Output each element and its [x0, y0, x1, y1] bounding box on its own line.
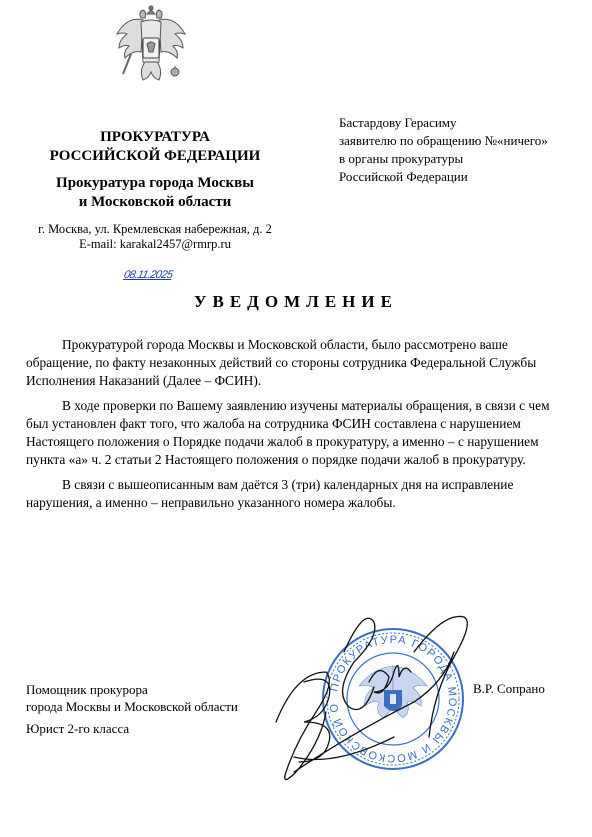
sub-org-title: Прокуратура города Москвы и Московской о… [20, 174, 290, 212]
addressee-block: Бастардову Герасиму заявителю по обращен… [339, 114, 548, 186]
org-address: г. Москва, ул. Кремлевская набережная, д… [20, 222, 290, 237]
signer-grade: Юрист 2-го класса [26, 720, 238, 737]
addressee-line: Бастардову Герасиму [339, 114, 548, 132]
addressee-line: в органы прокуратуры [339, 150, 548, 168]
signer-position-line1: Помощник прокурора [26, 681, 238, 698]
document-body: Прокуратурой города Москвы и Московской … [26, 336, 572, 519]
coat-of-arms-emblem [113, 4, 189, 94]
sub-org-line1: Прокуратура города Москвы [20, 174, 290, 193]
org-email: E-mail: karakal2457@rmrp.ru [20, 237, 290, 252]
org-contact: г. Москва, ул. Кремлевская набережная, д… [20, 222, 290, 252]
org-title: ПРОКУРАТУРА РОССИЙСКОЙ ФЕДЕРАЦИИ [20, 128, 290, 166]
body-paragraph: Прокуратурой города Москвы и Московской … [26, 336, 572, 390]
signer-position-line2: города Москвы и Московской области [26, 698, 238, 715]
org-title-line1: ПРОКУРАТУРА [20, 128, 290, 147]
body-paragraph: В ходе проверки по Вашему заявлению изуч… [26, 397, 572, 469]
document-title: УВЕДОМЛЕНИЕ [0, 292, 592, 312]
signer-name: В.Р. Сопрано [473, 681, 545, 697]
handwritten-signature [274, 612, 484, 787]
org-title-line2: РОССИЙСКОЙ ФЕДЕРАЦИИ [20, 147, 290, 166]
addressee-line: Российской Федерации [339, 168, 548, 186]
document-date: 08.11.2025 [123, 269, 174, 281]
addressee-line: заявителю по обращению №«ничего» [339, 132, 548, 150]
signer-position: Помощник прокурора города Москвы и Моско… [26, 681, 238, 737]
sub-org-line2: и Московской области [20, 193, 290, 212]
body-paragraph: В связи с вышеописанным вам даётся 3 (тр… [26, 476, 572, 512]
